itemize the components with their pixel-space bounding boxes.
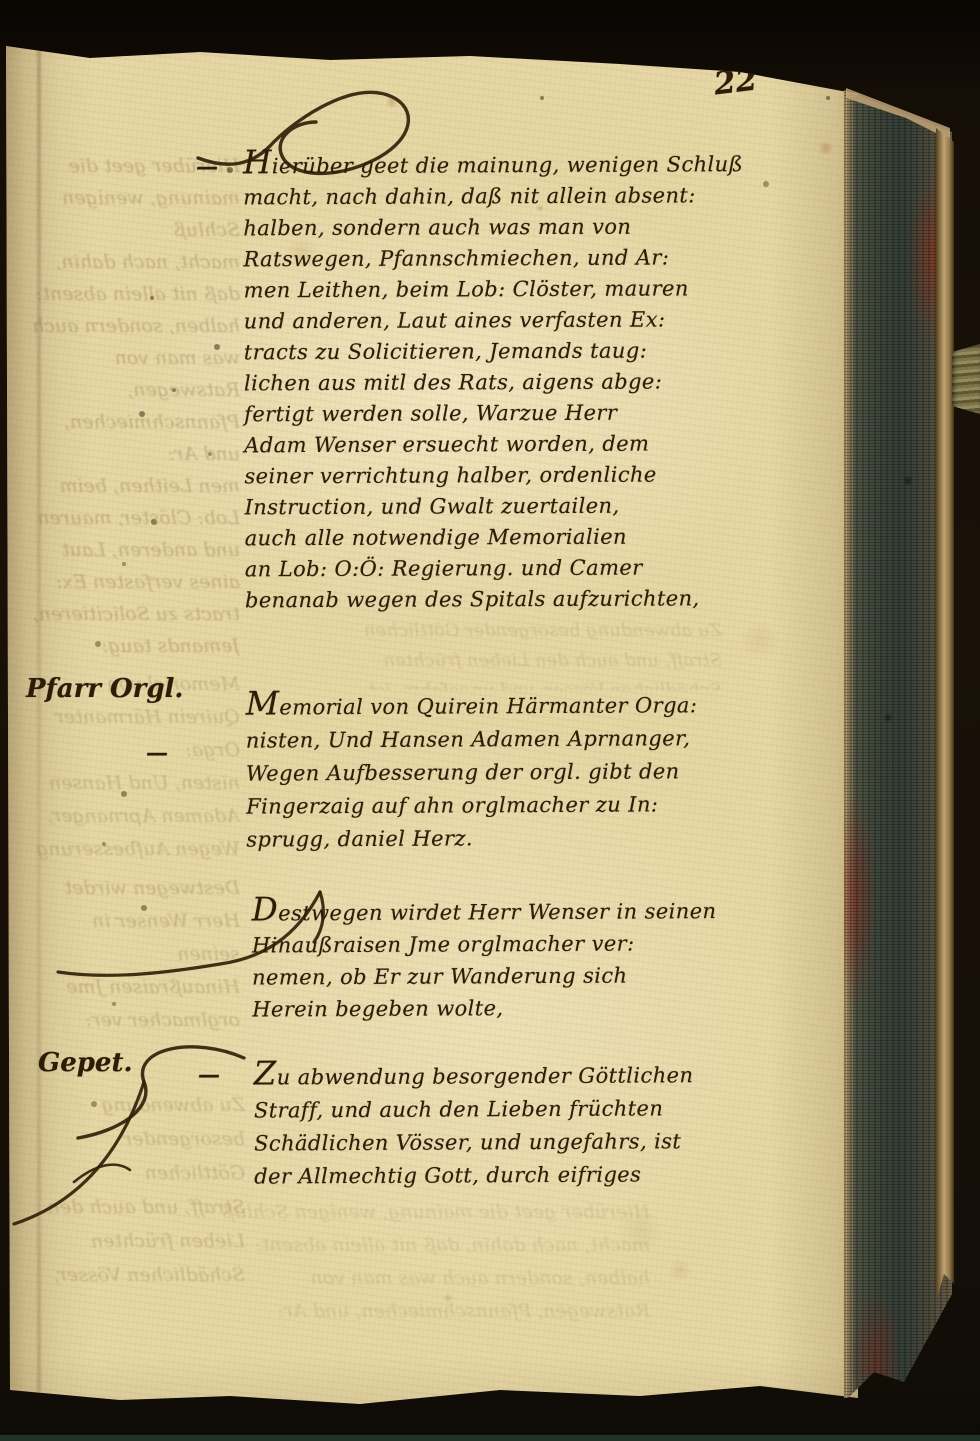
bleedthrough-text: Zu abwendung besorgender Göttlichen Stra…: [252, 616, 722, 690]
text-line: Zu abwendung besorgender Göttlichen: [254, 1058, 834, 1094]
text-line: Straff, und auch den Lieben früchten: [254, 1091, 834, 1127]
text-line: benanab wegen des Spitals aufzurichten,: [245, 583, 851, 617]
text-line: Instruction, und Gwalt zuertailen,: [244, 490, 850, 524]
text-line: lichen aus mitl des Rats, aigens abge:: [244, 366, 850, 400]
text-line: seiner verrichtung halber, ordenliche: [244, 459, 850, 493]
text-line: tracts zu Solicitieren, Jemands taug:: [244, 335, 850, 369]
text-line: nisten, Und Hansen Adamen Aprnanger,: [246, 721, 846, 757]
text-line: halben, sondern auch was man von: [243, 211, 849, 245]
text-line: Wegen Aufbesserung der orgl. gibt den: [246, 754, 846, 790]
margin-note-dash: —: [198, 1062, 220, 1088]
text-line: Schädlichen Vösser, und ungefahrs, ist: [254, 1124, 834, 1160]
text-line: Memorial von Quirein Härmanter Orga:: [246, 688, 846, 724]
text-line: fertigt werden solle, Warzue Herr: [244, 397, 850, 431]
paragraph-4: Zu abwendung besorgender Göttlichen Stra…: [254, 1058, 835, 1193]
photo-background: Hierüber geet die mainung, wenigen Schlu…: [0, 0, 980, 1441]
text-line: und anderen, Laut aines verfasten Ex:: [244, 304, 850, 338]
text-line: Hinaußraisen Jme orglmacher ver:: [252, 926, 832, 961]
text-line: Herein begeben wolte,: [252, 990, 832, 1025]
margin-note-gepet: Gepet.: [38, 1048, 133, 1078]
page-number: 22: [712, 62, 759, 103]
text-line: men Leithen, beim Lob: Clöster, mauren: [244, 273, 850, 307]
ink-specks: [0, 0, 4, 4]
text-line: Fingerzaig auf ahn orglmacher zu In:: [246, 787, 846, 823]
text-line: Adam Wenser ersuecht worden, dem: [244, 428, 850, 462]
binding-tie-ribbon: [952, 344, 980, 414]
paragraph-3: Destwegen wirdet Herr Wenser in seinen H…: [252, 894, 833, 1025]
margin-note-pfarr-orgl: Pfarr Orgl.: [26, 674, 184, 704]
text-line: Destwegen wirdet Herr Wenser in seinen: [252, 894, 832, 929]
paragraph-2: Memorial von Quirein Härmanter Orga: nis…: [246, 688, 847, 856]
bleedthrough-text: Destwegen wirdet Herr Wenser in seinen H…: [34, 872, 240, 1032]
bleedthrough-text: Zu abwendung besorgender Göttlichen Stra…: [30, 1088, 245, 1298]
text-line: sprugg, daniel Herz.: [246, 820, 846, 856]
text-line: an Lob: O:Ö: Regierung. und Camer: [245, 552, 851, 586]
gutter-fold-line: [37, 48, 41, 1392]
margin-dash: —: [196, 154, 218, 180]
text-line: Hierüber geet die mainung, wenigen Schlu…: [243, 148, 849, 183]
bleedthrough-text: Hierüber geet die mainung, wenigen Schlu…: [28, 150, 240, 662]
table-edge-strip: [0, 1435, 980, 1441]
text-line: auch alle notwendige Memorialien: [245, 521, 851, 555]
manuscript-page: Hierüber geet die mainung, wenigen Schlu…: [0, 0, 980, 1441]
text-line: Ratswegen, Pfannschmiechen, und Ar:: [243, 242, 849, 276]
bleedthrough-text: Hierüber geet die mainung, wenigen Schlu…: [130, 1196, 650, 1326]
text-line: macht, nach dahin, daß nit allein absent…: [243, 180, 849, 214]
margin-note-dash: —: [146, 740, 168, 766]
text-line: nemen, ob Er zur Wanderung sich: [252, 958, 832, 993]
text-line: der Allmechtig Gott, durch eifriges: [254, 1157, 834, 1193]
paragraph-1: Hierüber geet die mainung, wenigen Schlu…: [243, 148, 851, 617]
cover-edge-sliver: [936, 124, 954, 1306]
